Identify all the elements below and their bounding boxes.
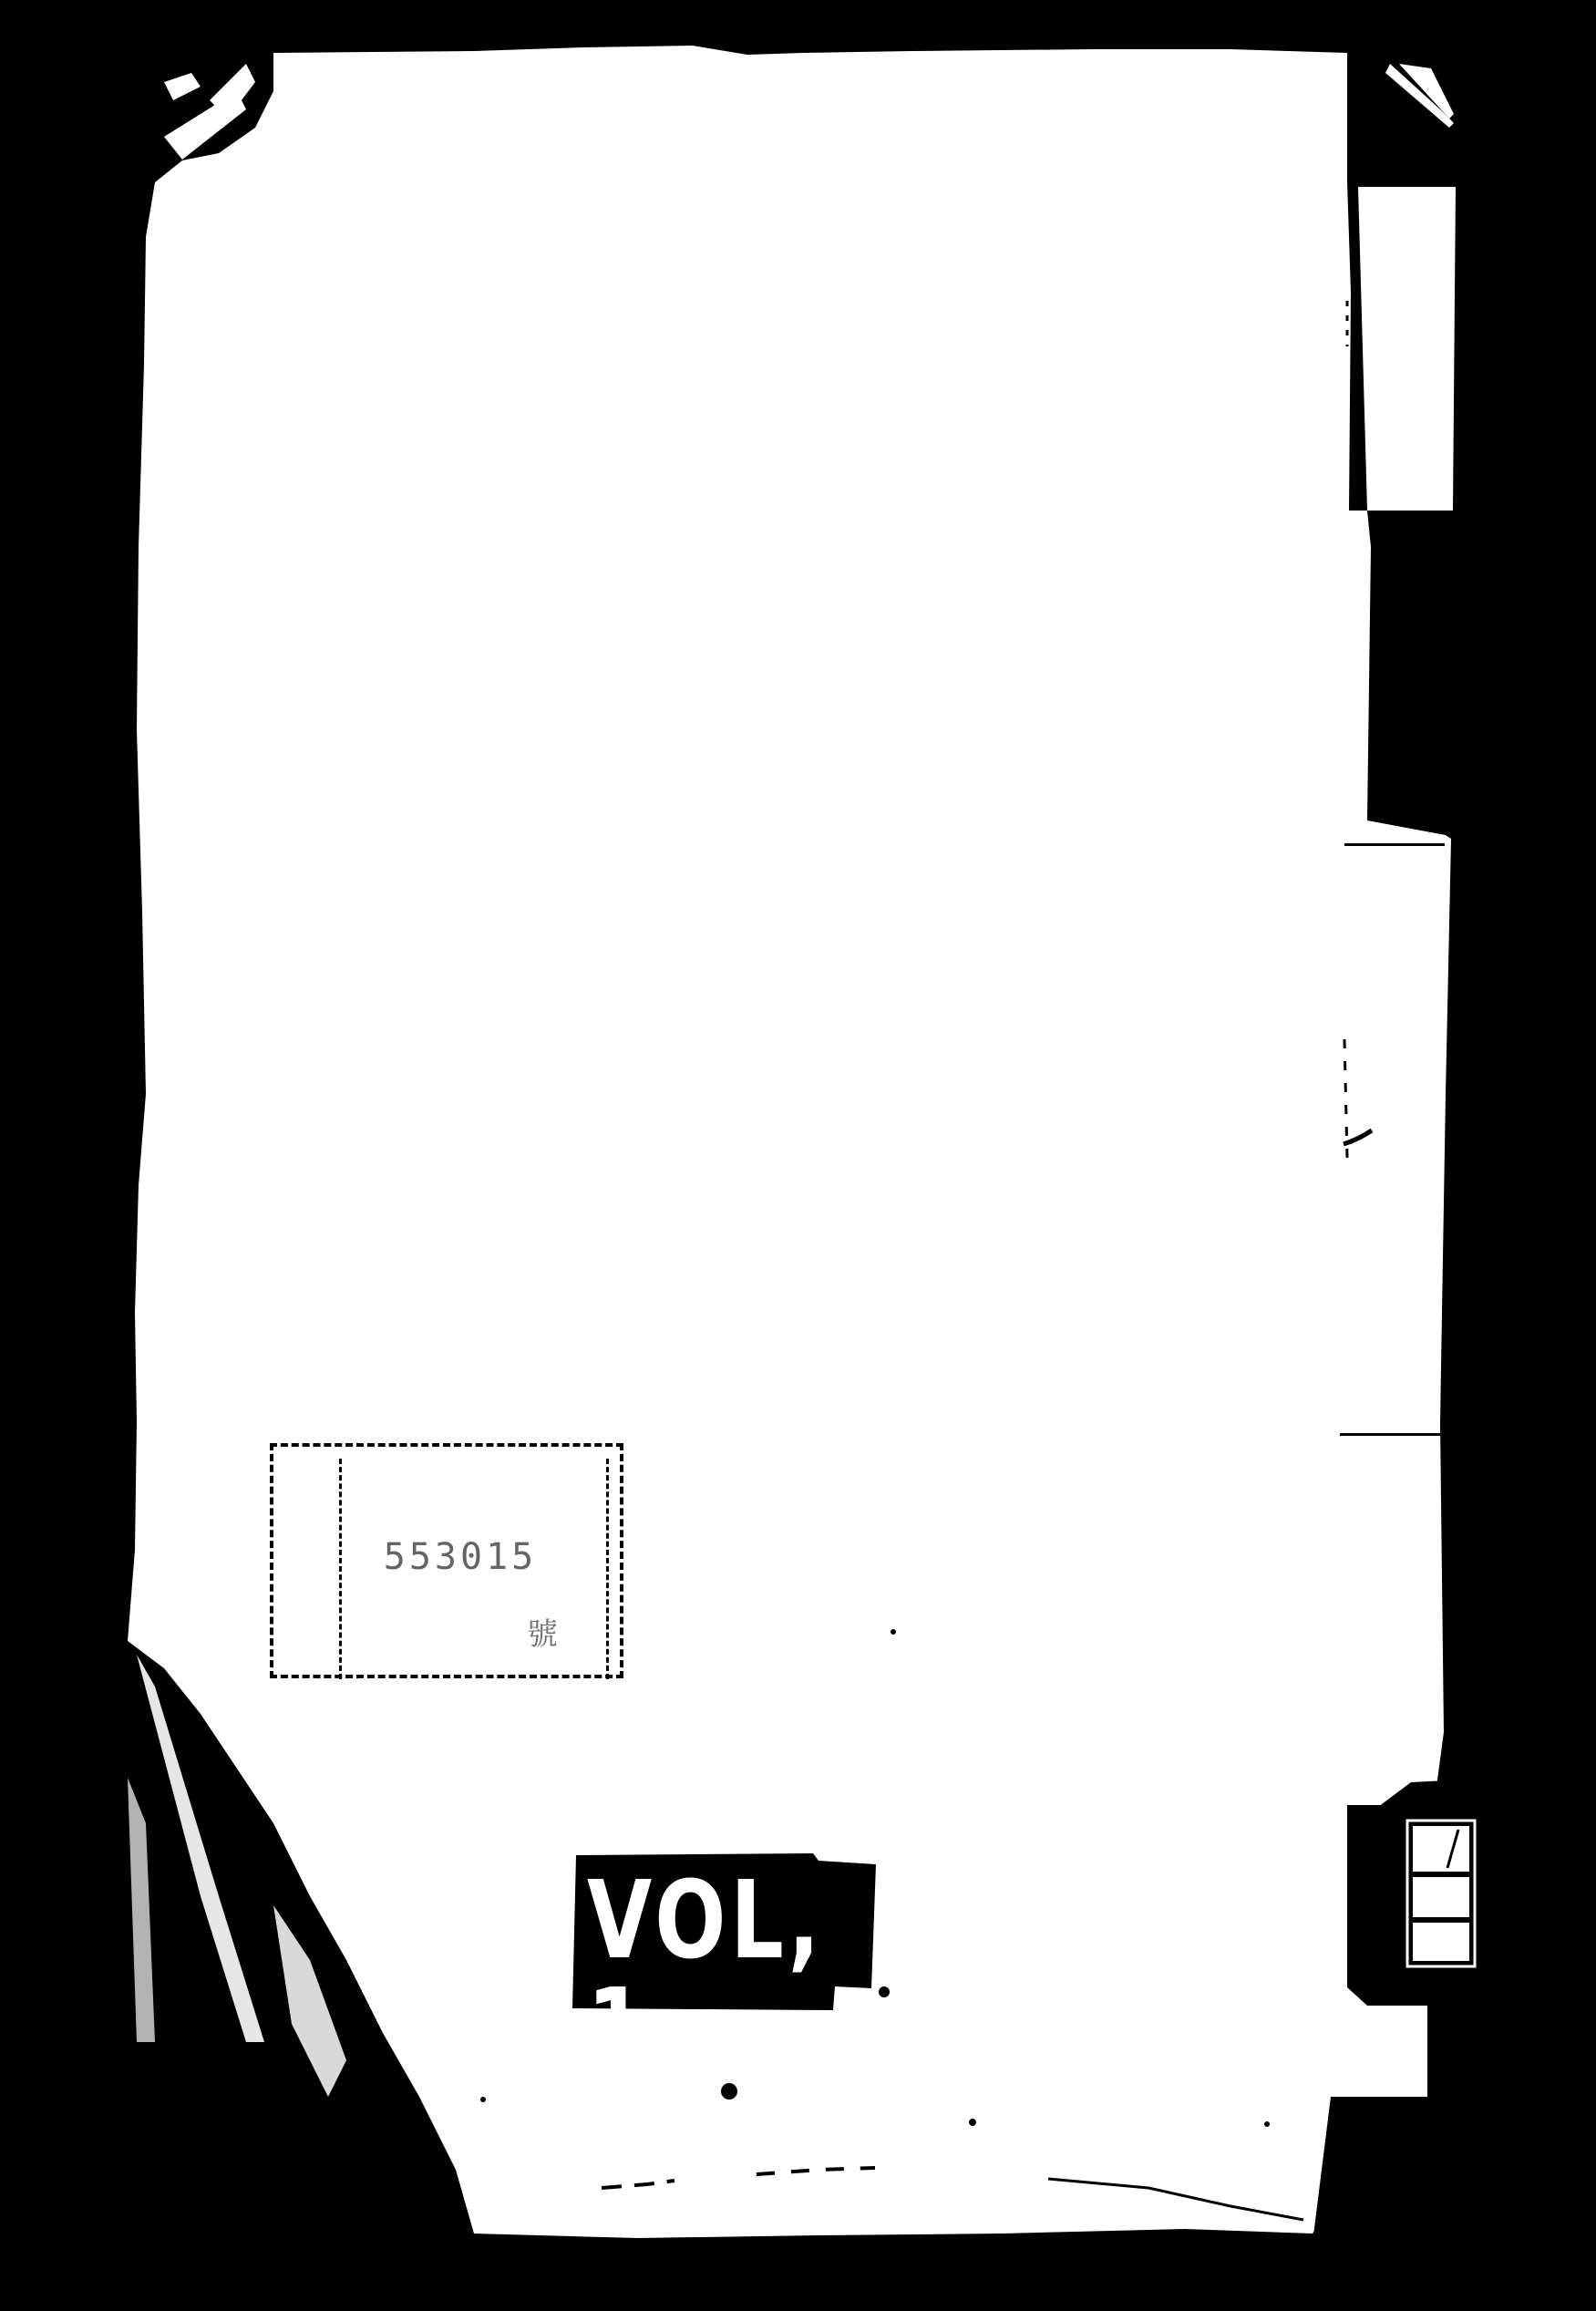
stamp-suffix: 號 <box>492 1609 602 1654</box>
spine-label-compartment <box>1413 1877 1469 1917</box>
spine-label-tab <box>1347 1773 1493 1992</box>
volume-label-dot <box>879 1986 890 1997</box>
spine-strip <box>1351 857 1446 1436</box>
stamp-accession-number: 553015 <box>310 1536 611 1578</box>
volume-label-text: VOL, 1 <box>587 1866 824 2081</box>
volume-label: VOL, 1 <box>571 1842 880 2012</box>
spine-label-compartment <box>1413 1826 1469 1872</box>
spine-label-compartment <box>1413 1923 1469 1961</box>
